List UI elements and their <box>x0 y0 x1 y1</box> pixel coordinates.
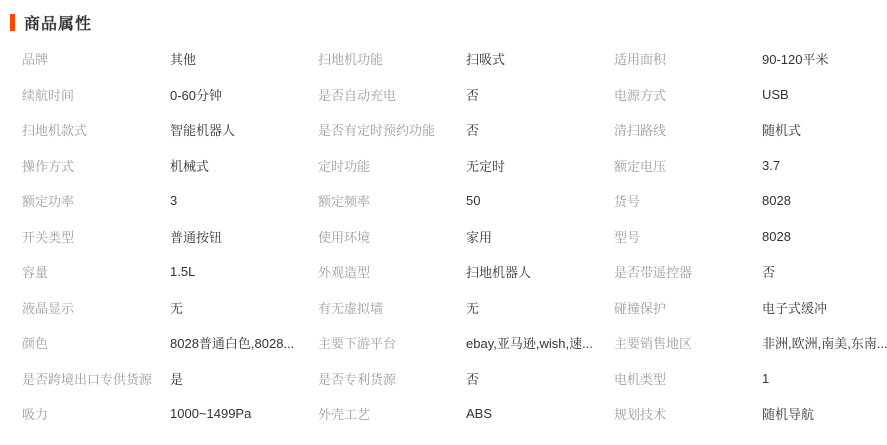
attribute-label: 开关类型 <box>22 227 170 246</box>
attribute-value: 否 <box>466 369 614 388</box>
attribute-label: 扫地机功能 <box>318 49 466 68</box>
attribute-value: ABS <box>466 406 614 421</box>
attribute-label: 主要下游平台 <box>318 333 466 352</box>
attribute-label: 电源方式 <box>614 85 762 104</box>
attribute-label: 有无虚拟墙 <box>318 298 466 317</box>
attribute-label: 操作方式 <box>22 156 170 175</box>
section-header: 商品属性 <box>10 12 887 32</box>
attribute-label: 容量 <box>22 262 170 281</box>
attribute-value: 90-120平米 <box>762 49 887 68</box>
attribute-label: 吸力 <box>22 404 170 423</box>
attribute-value: 0-60分钟 <box>170 85 318 104</box>
attribute-label: 颜色 <box>22 333 170 352</box>
attributes-table: 品牌其他扫地机功能扫吸式适用面积90-120平米续航时间0-60分钟是否自动充电… <box>0 41 887 432</box>
attribute-value: 1 <box>762 371 887 386</box>
attribute-value: 1000~1499Pa <box>170 406 318 421</box>
attribute-label: 扫地机款式 <box>22 120 170 139</box>
attribute-label: 电机类型 <box>614 369 762 388</box>
attribute-value: 否 <box>762 262 887 281</box>
attribute-label: 碰撞保护 <box>614 298 762 317</box>
attribute-value: 随机导航 <box>762 404 887 423</box>
attribute-label: 额定电压 <box>614 156 762 175</box>
attribute-label: 额定频率 <box>318 191 466 210</box>
attribute-value: ebay,亚马逊,wish,速... <box>466 333 614 352</box>
attribute-label: 是否自动充电 <box>318 85 466 104</box>
attribute-label: 续航时间 <box>22 85 170 104</box>
attribute-value: 扫地机器人 <box>466 262 614 281</box>
attribute-value: USB <box>762 87 887 102</box>
attribute-label: 适用面积 <box>614 49 762 68</box>
attribute-value: 1.5L <box>170 264 318 279</box>
attribute-label: 货号 <box>614 191 762 210</box>
attribute-label: 是否带遥控器 <box>614 262 762 281</box>
accent-bar-icon <box>10 14 15 31</box>
attribute-value: 50 <box>466 193 614 208</box>
attribute-value: 电子式缓冲 <box>762 298 887 317</box>
attribute-value: 非洲,欧洲,南美,东南... <box>762 333 887 352</box>
attribute-value: 3.7 <box>762 158 887 173</box>
attribute-label: 型号 <box>614 227 762 246</box>
attribute-value: 无 <box>466 298 614 317</box>
attribute-value: 无 <box>170 298 318 317</box>
attribute-value: 8028普通白色,8028... <box>170 333 318 352</box>
attribute-value: 智能机器人 <box>170 120 318 139</box>
attribute-label: 定时功能 <box>318 156 466 175</box>
attribute-value: 3 <box>170 193 318 208</box>
attribute-label: 清扫路线 <box>614 120 762 139</box>
attribute-label: 品牌 <box>22 49 170 68</box>
attribute-label: 规划技术 <box>614 404 762 423</box>
attribute-label: 液晶显示 <box>22 298 170 317</box>
attribute-label: 是否跨境出口专供货源 <box>22 369 170 388</box>
attribute-label: 外观造型 <box>318 262 466 281</box>
attribute-value: 扫吸式 <box>466 49 614 68</box>
attribute-label: 主要销售地区 <box>614 333 762 352</box>
attribute-label: 是否有定时预约功能 <box>318 120 466 139</box>
attribute-label: 外壳工艺 <box>318 404 466 423</box>
attribute-value: 其他 <box>170 49 318 68</box>
attribute-value: 家用 <box>466 227 614 246</box>
attribute-value: 无定时 <box>466 156 614 175</box>
attribute-label: 使用环境 <box>318 227 466 246</box>
section-title: 商品属性 <box>24 11 92 34</box>
attribute-label: 是否专利货源 <box>318 369 466 388</box>
attribute-value: 机械式 <box>170 156 318 175</box>
attribute-value: 普通按钮 <box>170 227 318 246</box>
attribute-value: 随机式 <box>762 120 887 139</box>
attribute-value: 否 <box>466 85 614 104</box>
attribute-value: 8028 <box>762 193 887 208</box>
attribute-label: 额定功率 <box>22 191 170 210</box>
attribute-value: 8028 <box>762 229 887 244</box>
attribute-value: 是 <box>170 369 318 388</box>
attribute-value: 否 <box>466 120 614 139</box>
